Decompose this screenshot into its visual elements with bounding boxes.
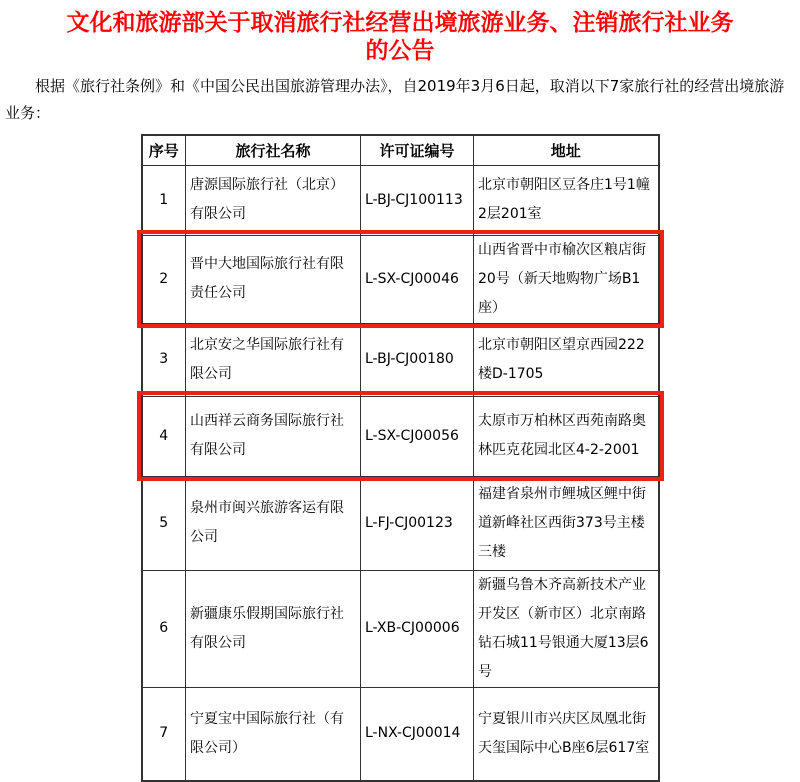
cell-license: L-SX-CJ00056 bbox=[361, 396, 474, 476]
cell-address: 福建省泉州市鲤城区鲤中街道新峰社区西街373号主楼三楼 bbox=[474, 476, 659, 570]
cell-license: L-XB-CJ00006 bbox=[361, 570, 474, 687]
header-address: 地址 bbox=[474, 135, 659, 165]
cell-name: 新疆康乐假期国际旅行社有限公司 bbox=[186, 570, 361, 687]
cell-name: 唐源国际旅行社（北京）有限公司 bbox=[186, 165, 361, 235]
cell-no: 4 bbox=[142, 396, 186, 476]
cell-license: L-SX-CJ00046 bbox=[361, 235, 474, 323]
cell-address: 太原市万柏林区西苑南路奥林匹克花园北区4-2-2001 bbox=[474, 396, 659, 476]
cell-license: L-NX-CJ00014 bbox=[361, 687, 474, 781]
cell-no: 3 bbox=[142, 323, 186, 396]
cell-no: 7 bbox=[142, 687, 186, 781]
cell-license: L-BJ-CJ100113 bbox=[361, 165, 474, 235]
page-title-line-2: 的公告 bbox=[20, 37, 780, 65]
agencies-table: 序号 旅行社名称 许可证编号 地址 1 唐源国际旅行社（北京）有限公司 L-BJ… bbox=[141, 134, 660, 782]
table-row: 1 唐源国际旅行社（北京）有限公司 L-BJ-CJ100113 北京市朝阳区豆各… bbox=[142, 165, 659, 235]
cell-address: 北京市朝阳区望京西园222楼D-1705 bbox=[474, 323, 659, 396]
header-agency-name: 旅行社名称 bbox=[186, 135, 361, 165]
table-row: 7 宁夏宝中国际旅行社（有限公司） L-NX-CJ00014 宁夏银川市兴庆区凤… bbox=[142, 687, 659, 781]
cell-no: 6 bbox=[142, 570, 186, 687]
cell-no: 1 bbox=[142, 165, 186, 235]
cell-name: 北京安之华国际旅行社有限公司 bbox=[186, 323, 361, 396]
cell-name: 泉州市闽兴旅游客运有限公司 bbox=[186, 476, 361, 570]
intro-paragraph: 根据《旅行社条例》和《中国公民出国旅游管理办法》，自2019年3月6日起，取消以… bbox=[5, 73, 795, 127]
announcement-page: 文化和旅游部关于取消旅行社经营出境旅游业务、注销旅行社业务 的公告 根据《旅行社… bbox=[0, 0, 800, 782]
page-title-line-1: 文化和旅游部关于取消旅行社经营出境旅游业务、注销旅行社业务 bbox=[20, 9, 780, 37]
table-row-highlighted: 4 山西祥云商务国际旅行社有限公司 L-SX-CJ00056 太原市万柏林区西苑… bbox=[142, 396, 659, 476]
cell-address: 宁夏银川市兴庆区凤凰北街天玺国际中心B座6层617室 bbox=[474, 687, 659, 781]
page-title: 文化和旅游部关于取消旅行社经营出境旅游业务、注销旅行社业务 的公告 bbox=[20, 9, 780, 65]
cell-no: 5 bbox=[142, 476, 186, 570]
cell-address: 山西省晋中市榆次区粮店街20号（新天地购物广场B1座） bbox=[474, 235, 659, 323]
header-no: 序号 bbox=[142, 135, 186, 165]
cell-name: 山西祥云商务国际旅行社有限公司 bbox=[186, 396, 361, 476]
table-header-row: 序号 旅行社名称 许可证编号 地址 bbox=[142, 135, 659, 165]
cell-license: L-BJ-CJ00180 bbox=[361, 323, 474, 396]
cell-address: 北京市朝阳区豆各庄1号1幢2层201室 bbox=[474, 165, 659, 235]
table-row: 6 新疆康乐假期国际旅行社有限公司 L-XB-CJ00006 新疆乌鲁木齐高新技… bbox=[142, 570, 659, 687]
table-row: 5 泉州市闽兴旅游客运有限公司 L-FJ-CJ00123 福建省泉州市鲤城区鲤中… bbox=[142, 476, 659, 570]
cell-name: 晋中大地国际旅行社有限责任公司 bbox=[186, 235, 361, 323]
cell-address: 新疆乌鲁木齐高新技术产业开发区（新市区）北京南路钻石城11号银通大厦13层6号 bbox=[474, 570, 659, 687]
table-row-highlighted: 2 晋中大地国际旅行社有限责任公司 L-SX-CJ00046 山西省晋中市榆次区… bbox=[142, 235, 659, 323]
cell-license: L-FJ-CJ00123 bbox=[361, 476, 474, 570]
table-row: 3 北京安之华国际旅行社有限公司 L-BJ-CJ00180 北京市朝阳区望京西园… bbox=[142, 323, 659, 396]
cell-no: 2 bbox=[142, 235, 186, 323]
header-license-number: 许可证编号 bbox=[361, 135, 474, 165]
cell-name: 宁夏宝中国际旅行社（有限公司） bbox=[186, 687, 361, 781]
